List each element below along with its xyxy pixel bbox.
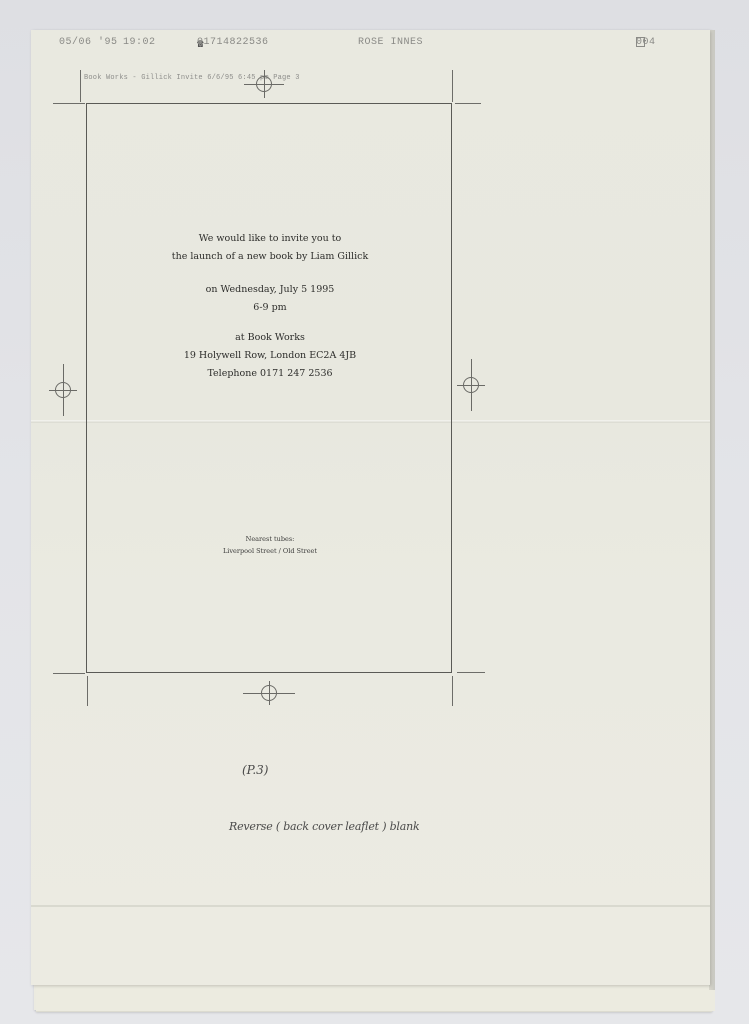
invite-line: We would like to invite you to <box>88 230 452 248</box>
crop-mark <box>53 673 85 674</box>
paper-fold <box>31 905 710 907</box>
invite-line: the launch of a new book by Liam Gillick <box>88 248 452 266</box>
tubes-stations: Liverpool Street / Old Street <box>88 545 452 557</box>
event-date: on Wednesday, July 5 1995 <box>88 281 452 299</box>
event-time: 6-9 pm <box>88 299 452 317</box>
invitation-date: on Wednesday, July 5 1995 6-9 pm <box>88 281 452 317</box>
bottom-sheet-edge <box>36 984 715 1011</box>
crop-mark <box>457 672 485 673</box>
crop-mark <box>53 103 85 104</box>
fax-sender: ROSE INNES <box>358 37 423 48</box>
fax-time: 19:02 <box>123 37 156 48</box>
fax-date: 05/06 '95 <box>59 37 118 48</box>
invitation-venue: at Book Works 19 Holywell Row, London EC… <box>88 329 452 383</box>
fax-header: 05/06 '95 19:02 ☎01714822536 ROSE INNES … <box>31 37 710 51</box>
venue-address: 19 Holywell Row, London EC2A 4JB <box>88 347 452 365</box>
handwritten-note: Reverse ( back cover leaflet ) blank <box>229 820 419 833</box>
crop-mark <box>455 103 481 104</box>
handwritten-page-ref: (P.3) <box>242 763 268 777</box>
crop-mark <box>87 676 88 706</box>
tubes-label: Nearest tubes: <box>88 533 452 545</box>
venue-name: at Book Works <box>88 329 452 347</box>
venue-telephone: Telephone 0171 247 2536 <box>88 365 452 383</box>
crop-mark <box>80 70 81 102</box>
crop-mark <box>452 70 453 102</box>
fax-page: 05/06 '95 19:02 ☎01714822536 ROSE INNES … <box>31 30 710 985</box>
invitation-intro: We would like to invite you to the launc… <box>88 230 452 266</box>
crop-mark <box>452 676 453 706</box>
nearest-tubes: Nearest tubes: Liverpool Street / Old St… <box>88 533 452 557</box>
invite-trim-frame <box>86 103 452 673</box>
